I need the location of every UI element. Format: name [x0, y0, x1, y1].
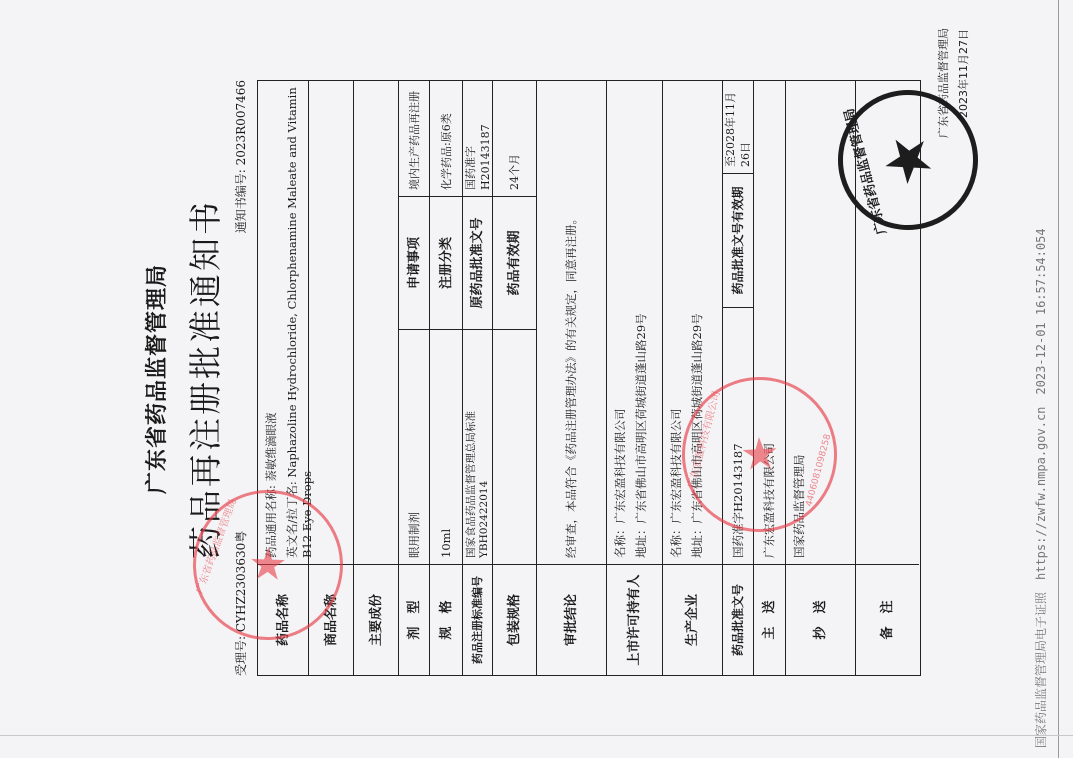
drug-name-value: 药品通用名称: 萘敏维滴眼液 英文名/拉丁名: Naphazoline Hydr…	[258, 81, 308, 564]
table-row: 主要成份	[354, 81, 399, 675]
application-item-value: 境内生产药品再注册	[399, 81, 429, 196]
label-original-approval-number: 原药品批准文号	[463, 196, 492, 329]
issuer-signature: 广东省药品监督管理局	[935, 28, 951, 138]
document-title: 药品再注册批准通知书	[180, 0, 227, 758]
e-certificate-watermark: 国家药品监督管理局电子证照 https://zwfw.nmpa.gov.cn 2…	[1032, 228, 1049, 748]
license-holder-value: 名称：广东宏盈科技有限公司 地址：广东省佛山市高明区荷城街道蓬山路29号	[607, 81, 662, 564]
label-registration-category: 注册分类	[430, 196, 462, 329]
conclusion-value: 经审查，本品符合《药品注册管理办法》的有关规定，同意再注册。	[537, 81, 606, 564]
cc-value: 国家药品监督管理局	[786, 81, 855, 564]
label-approval-validity: 药品批准文号有效期	[723, 173, 753, 307]
approval-validity-value: 至2028年11月26日	[723, 81, 753, 173]
label-shelf-life: 药品有效期	[493, 196, 536, 329]
label-conclusion: 审批结论	[537, 564, 606, 675]
table-row: 生产企业 名称：广东宏盈科技有限公司 地址：广东省佛山市高明区荷城街道蓬山路29…	[663, 81, 723, 675]
label-approval-number: 药品批准文号	[723, 564, 753, 675]
label-dosage-form: 剂 型	[399, 564, 429, 675]
registration-category-value: 化学药品:原6类	[430, 81, 462, 196]
label-standard-number: 药品注册标准编号	[463, 564, 492, 675]
manufacturer-value: 名称：广东宏盈科技有限公司 地址：广东省佛山市高明区荷城街道蓬山路29号	[663, 81, 722, 564]
label-trade-name: 商品名称	[309, 564, 353, 675]
reference-numbers: 受理号: CYHZ2303630粤 通知书编号: 2023R007466	[232, 80, 252, 676]
label-application-item: 申请事项	[399, 196, 429, 329]
rotated-document: 广东省药品监督管理局 药品再注册批准通知书 受理号: CYHZ2303630粤 …	[0, 0, 1073, 758]
table-row: 剂 型 眼用制剂 申请事项 境内生产药品再注册	[399, 81, 430, 675]
label-ingredients: 主要成份	[354, 564, 398, 675]
label-remarks: 备 注	[856, 564, 919, 675]
table-row: 药品注册标准编号 国家食品药品监督管理总局标准YBH02422014 原药品批准…	[463, 81, 493, 675]
table-row: 包装规格 药品有效期 24个月	[493, 81, 537, 675]
remarks-value	[856, 81, 919, 564]
label-packaging: 包装规格	[493, 564, 536, 675]
label-drug-name: 药品名称	[258, 564, 308, 675]
standard-number-value: 国家食品药品监督管理总局标准YBH02422014	[463, 329, 492, 564]
trade-name-value	[309, 81, 353, 564]
label-license-holder: 上市许可持有人	[607, 564, 662, 675]
table-row: 抄 送 国家药品监督管理局	[786, 81, 856, 675]
issue-date: 2023年11月27日	[955, 29, 971, 118]
label-manufacturer: 生产企业	[663, 564, 722, 675]
table-row: 药品名称 药品通用名称: 萘敏维滴眼液 英文名/拉丁名: Naphazoline…	[258, 81, 309, 675]
table-row: 备 注	[856, 81, 919, 675]
approval-number-value: 国药准字H20143187	[723, 307, 753, 564]
ingredients-value	[354, 81, 398, 564]
issuer-title: 广东省药品监督管理局	[140, 0, 171, 758]
table-row: 规 格 10ml 注册分类 化学药品:原6类	[430, 81, 463, 675]
table-row: 商品名称	[309, 81, 354, 675]
dosage-form-value: 眼用制剂	[399, 329, 429, 564]
main-recipient-value: 广东宏盈科技有限公司	[754, 81, 785, 564]
table-row: 审批结论 经审查，本品符合《药品注册管理办法》的有关规定，同意再注册。	[537, 81, 607, 675]
approval-table: 药品名称 药品通用名称: 萘敏维滴眼液 英文名/拉丁名: Naphazoline…	[257, 80, 921, 676]
label-specification: 规 格	[430, 564, 462, 675]
original-approval-number-value: 国药准字H20143187	[463, 81, 492, 196]
notice-number: 通知书编号: 2023R007466	[232, 80, 249, 233]
table-row: 药品批准文号 国药准字H20143187 药品批准文号有效期 至2028年11月…	[723, 81, 754, 675]
specification-value: 10ml	[430, 329, 462, 564]
label-main-recipient: 主 送	[754, 564, 785, 675]
packaging-value	[493, 329, 536, 564]
acceptance-number: 受理号: CYHZ2303630粤	[232, 531, 249, 676]
table-row: 主 送 广东宏盈科技有限公司	[754, 81, 786, 675]
shelf-life-value: 24个月	[493, 81, 536, 196]
table-row: 上市许可持有人 名称：广东宏盈科技有限公司 地址：广东省佛山市高明区荷城街道蓬山…	[607, 81, 663, 675]
label-cc: 抄 送	[786, 564, 855, 675]
